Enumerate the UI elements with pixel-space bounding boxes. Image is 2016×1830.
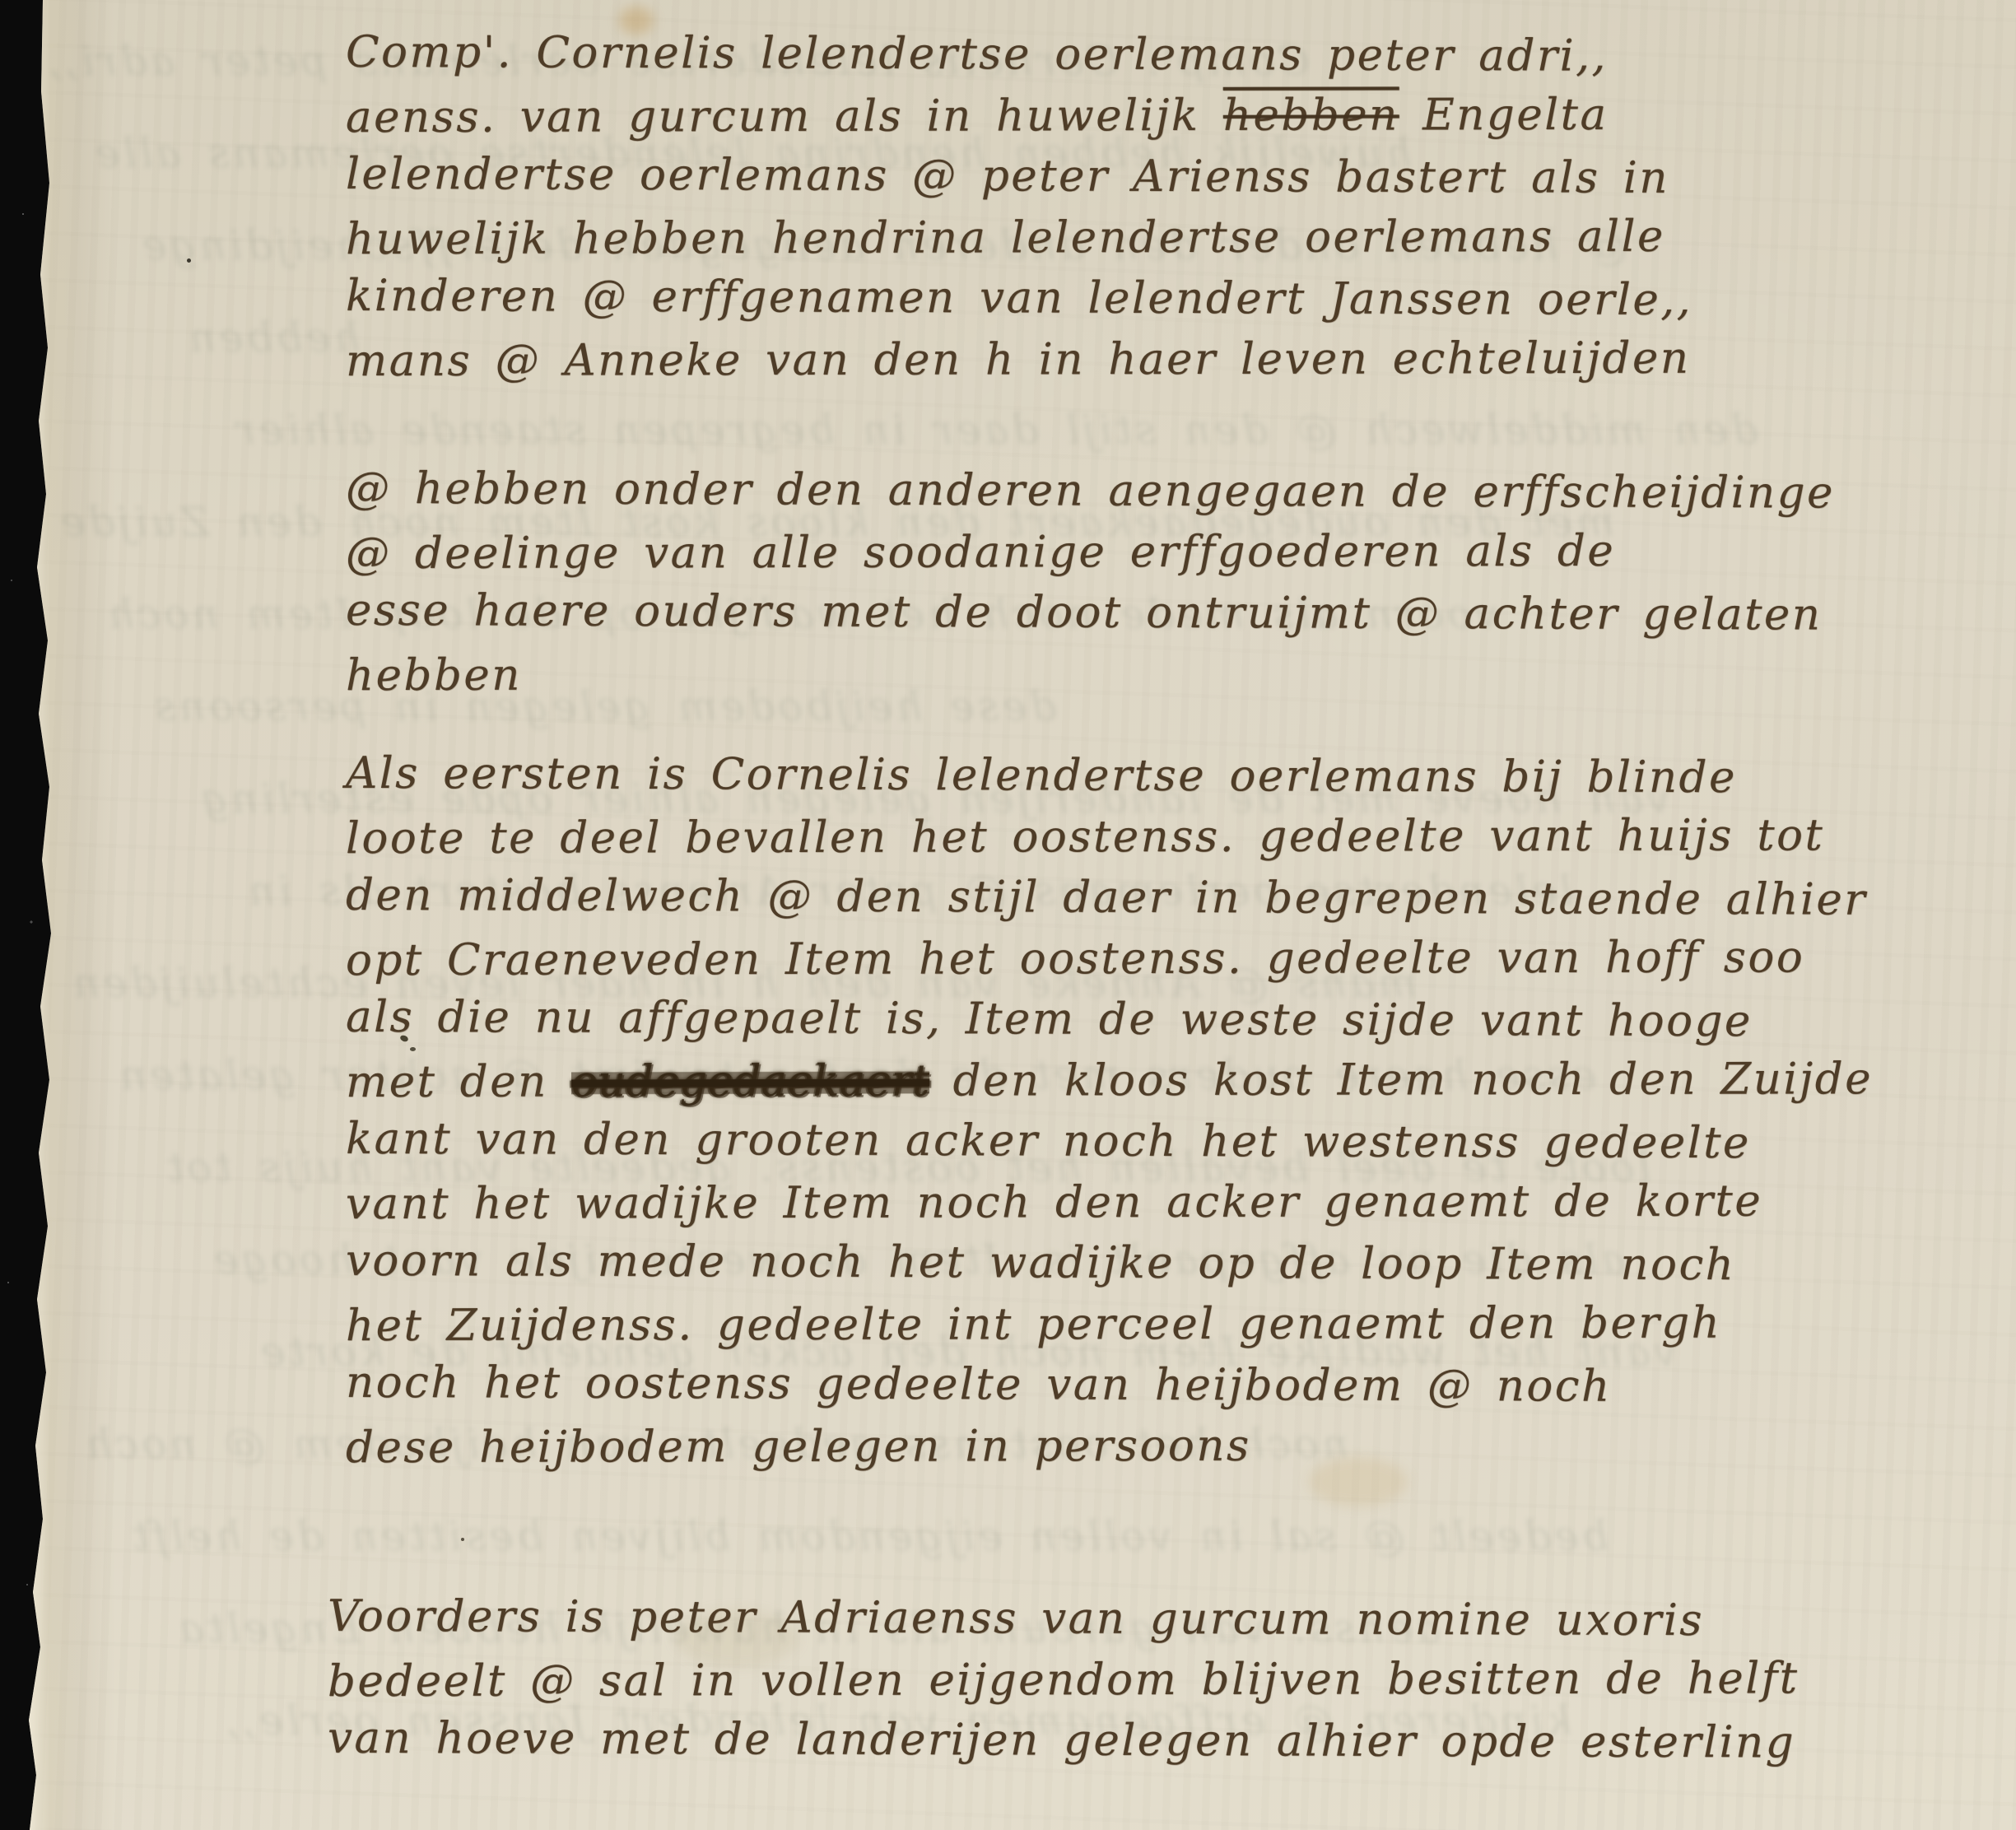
text-line: Voorders is peter Adriaenss van gurcum n…	[328, 1586, 1996, 1652]
text-line: als die nu affgepaelt is, Item de weste …	[346, 987, 1996, 1053]
text-line: den middelwech @ den stijl daer in begre…	[346, 865, 1996, 931]
paragraph: Als eersten is Cornelis lelendertse oerl…	[346, 746, 1996, 1477]
scan-background: Comp'. Cornelis lelendertse oerlemans pe…	[0, 0, 2016, 1830]
ink-speck	[187, 258, 191, 263]
text-line: Comp'. Cornelis lelendertse oerlemans pe…	[346, 22, 1996, 88]
text-line: voorn als mede noch het wadijke op de lo…	[346, 1231, 1996, 1297]
text-line: kant van den grooten acker noch het west…	[346, 1109, 1996, 1175]
paragraph: Voorders is peter Adriaenss van gurcum n…	[328, 1589, 1996, 1772]
text-line: van hoeve met de landerijen gelegen alhi…	[328, 1708, 1996, 1774]
blotted-out-word: oudegedaekaert	[571, 1056, 929, 1107]
text-line: @ deelinge van alle soodanige erffgoeder…	[346, 520, 1996, 584]
text-line: huwelijk hebben hendrina lelendertse oer…	[346, 206, 1996, 270]
text-line: hebben	[346, 642, 1996, 706]
text-line: dese heijbodem gelegen in persoons	[346, 1414, 1996, 1478]
text-line: kinderen @ erffgenamen van lelendert Jan…	[346, 266, 1996, 332]
manuscript-page: Comp'. Cornelis lelendertse oerlemans pe…	[0, 0, 2016, 1830]
text-line: aenss. van gurcum als in huwelijk hebben…	[346, 84, 1996, 148]
text-line: het Zuijdenss. gedeelte int perceel gena…	[346, 1292, 1996, 1357]
text-line: vant het wadijke Item noch den acker gen…	[346, 1171, 1996, 1235]
text-line: mans @ Anneke van den h in haer leven ec…	[346, 328, 1996, 392]
text-line: Als eersten is Cornelis lelendertse oerl…	[346, 743, 1996, 809]
manuscript-text: Comp'. Cornelis lelendertse oerlemans pe…	[346, 25, 1996, 1772]
text-line: lelendertse oerlemans @ peter Arienss ba…	[346, 144, 1996, 210]
text-line: noch het oostenss gedeelte van heijbodem…	[346, 1353, 1996, 1418]
paragraph: Comp'. Cornelis lelendertse oerlemans pe…	[346, 25, 1996, 390]
text-line: loote te deel bevallen het oostenss. ged…	[346, 805, 1996, 869]
paragraph: @ hebben onder den anderen aengegaen de …	[346, 461, 1996, 705]
text-line: @ hebben onder den anderen aengegaen de …	[346, 459, 1996, 524]
struck-out-word: hebben	[1223, 90, 1399, 140]
bleed-through-line: hebben	[186, 314, 361, 361]
text-line: met den oudegedaekaert den kloos kost It…	[346, 1049, 1996, 1113]
text-line: bedeelt @ sal in vollen eijgendom blijve…	[328, 1648, 1996, 1712]
text-line: opt Craeneveden Item het oostenss. gedee…	[346, 927, 1996, 991]
text-line: esse haere ouders met de doot ontruijmt …	[346, 580, 1996, 646]
